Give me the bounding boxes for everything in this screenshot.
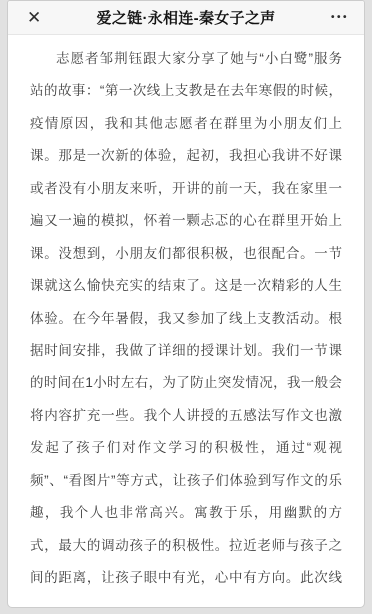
text-line: 的时间在1小时左右，为了防止突发情况，我一般会 — [30, 367, 342, 399]
article-card: ✕ 爱之链·永相连-秦女子之声 ••• 志愿者邹荆钰跟大家分享了她与“小白鹭”服… — [7, 0, 365, 608]
text-line: 发起了孩子们对作文学习的积极性，通过“观视 — [30, 432, 342, 464]
text-line: 体验。在今年暑假，我又参加了线上支教活动。根 — [30, 303, 342, 335]
text-line: 课。那是一次新的体验，起初，我担心我讲不好课 — [30, 140, 342, 172]
text-line: 志愿者邹荆钰跟大家分享了她与“小白鹭”服务 — [30, 43, 342, 75]
page-title: 爱之链·永相连-秦女子之声 — [97, 7, 276, 28]
close-icon[interactable]: ✕ — [27, 1, 41, 34]
text-line: 将内容扩充一些。我个人讲授的五感法写作文也激 — [30, 400, 342, 432]
text-line: 或者没有小朋友来听，开讲的前一天，我在家里一 — [30, 173, 342, 205]
text-line: 式，最大的调动孩子的积极性。拉近老师与孩子之 — [30, 530, 342, 562]
text-line: 趣，我个人也非常高兴。寓教于乐，用幽默的方 — [30, 497, 342, 529]
text-line: 课就这么愉快充实的结束了。这是一次精彩的人生 — [30, 270, 342, 302]
text-line: 站的故事：“第一次线上支教是在去年寒假的时候， — [30, 75, 342, 107]
text-line: 课。没想到，小朋友们都很积极，也很配合。一节 — [30, 238, 342, 270]
wechat-article-screen: ✕ 爱之链·永相连-秦女子之声 ••• 志愿者邹荆钰跟大家分享了她与“小白鹭”服… — [0, 0, 372, 614]
article-scroll-area[interactable]: 志愿者邹荆钰跟大家分享了她与“小白鹭”服务站的故事：“第一次线上支教是在去年寒假… — [8, 35, 364, 594]
text-line: 遍又一遍的模拟，怀着一颗忐忑的心在群里开始上 — [30, 205, 342, 237]
text-line: 疫情原因，我和其他志愿者在群里为小朋友们上 — [30, 108, 342, 140]
article-text: 志愿者邹荆钰跟大家分享了她与“小白鹭”服务站的故事：“第一次线上支教是在去年寒假… — [30, 43, 342, 594]
text-line: 频”、“看图片”等方式，让孩子们体验到写作文的乐 — [30, 465, 342, 497]
titlebar: ✕ 爱之链·永相连-秦女子之声 ••• — [8, 1, 364, 35]
text-line: 间的距离，让孩子眼中有光，心中有方向。此次线 — [30, 562, 342, 594]
more-menu-icon[interactable]: ••• — [331, 1, 349, 34]
text-line: 据时间安排，我做了详细的授课计划。我们一节课 — [30, 335, 342, 367]
